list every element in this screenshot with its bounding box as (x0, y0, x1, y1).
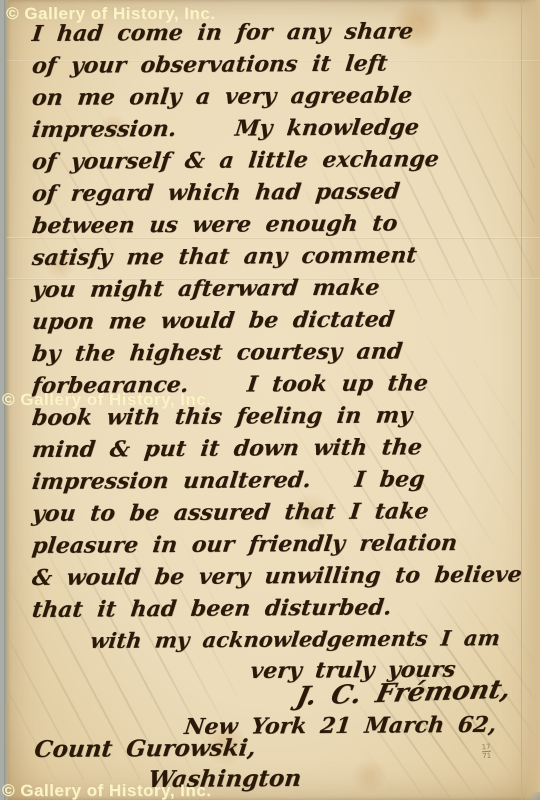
closing-acknowledgement: with my acknowledgements I am (89, 625, 501, 653)
letter-line: pleasure in our friendly relation (30, 527, 526, 562)
watermark-top: © Gallery of History, Inc. (6, 4, 215, 24)
letter-line: & would be very unwilling to believe (30, 559, 526, 594)
pencil-notation-denominator: 71 (482, 751, 491, 760)
scan-corner-gap (526, 792, 540, 800)
letter-line: of yourself & a little exchange (30, 143, 526, 178)
letter-line: by the highest courtesy and (30, 335, 526, 370)
letter-body: I had come in for any share of your obse… (34, 18, 526, 626)
letter-line: of regard which had passed (30, 175, 526, 210)
watermark-middle: © Gallery of History, Inc. (2, 390, 211, 410)
letter-line: you to be assured that I take (30, 495, 526, 530)
letter-line: you might afterward make (30, 271, 526, 306)
letter-line: on me only a very agreeable (30, 79, 526, 114)
scanned-letter-stage: I had come in for any share of your obse… (0, 0, 540, 800)
letter-line: that it had been disturbed. (30, 591, 526, 626)
letter-line: satisfy me that any comment (30, 239, 526, 274)
watermark-bottom: © Gallery of History, Inc. (2, 781, 211, 800)
pencil-notation: 17 71 (481, 744, 491, 760)
letter-line: impression. My knowledge (30, 111, 526, 146)
letter-line: impression unaltered. I beg (30, 463, 526, 498)
recipient-name: Count Gurowski, (33, 734, 257, 763)
letter-line: upon me would be dictated (30, 303, 526, 338)
letter-line: of your observations it left (30, 47, 526, 82)
letter-line: mind & put it down with the (30, 431, 526, 466)
letter-line: between us were enough to (30, 207, 526, 242)
